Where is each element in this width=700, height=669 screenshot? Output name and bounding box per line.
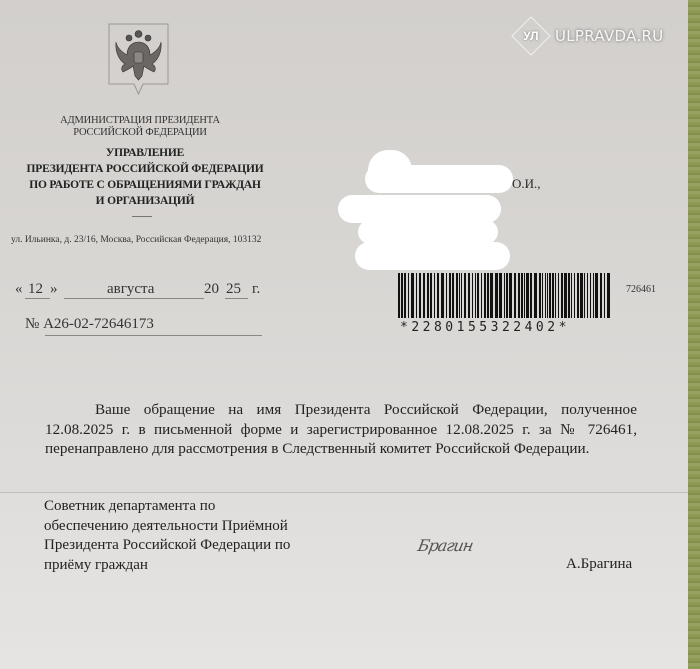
date-month: августа: [107, 281, 154, 298]
body-paragraph: Ваше обращение на имя Президента Российс…: [45, 400, 637, 459]
signer-position: Советник департамента по обеспечению дея…: [44, 497, 344, 575]
admin-title-line2: РОССИЙСКОЙ ФЕДЕРАЦИИ: [40, 127, 240, 138]
date-suffix: г.: [252, 281, 260, 298]
outgoing-number: № А26-02-72646173: [25, 316, 154, 333]
registration-number: 726461: [626, 284, 656, 295]
admin-title-line1: АДМИНИСТРАЦИЯ ПРЕЗИДЕНТА: [40, 115, 240, 126]
dept-title-line2: ПРЕЗИДЕНТА РОССИЙСКОЙ ФЕДЕРАЦИИ: [15, 163, 275, 175]
date-day: 12: [28, 281, 43, 298]
header-divider: [132, 216, 152, 217]
signer-name: А.Брагина: [566, 556, 632, 573]
ulpravda-logo-icon: УЛ: [511, 16, 551, 56]
dept-title-line3: ПО РАБОТЕ С ОБРАЩЕНИЯМИ ГРАЖДАН: [15, 179, 275, 191]
outgoing-number-value: А26-02-72646173: [43, 316, 154, 332]
number-sign: №: [25, 316, 39, 332]
barcode: [398, 273, 613, 318]
recipient-initials: О.И.,: [512, 176, 541, 192]
dept-title-line1: УПРАВЛЕНИЕ: [15, 147, 275, 159]
date-close-quote: »: [50, 281, 58, 298]
date-century: 20: [204, 281, 219, 298]
sender-address: ул. Ильинка, д. 23/16, Москва, Российска…: [11, 235, 261, 245]
month-underline: [64, 298, 204, 299]
year-underline: [225, 298, 248, 299]
barcode-number: *2280155322402*: [400, 320, 570, 335]
watermark: УЛ ULPRAVDA.RU: [517, 22, 664, 50]
date-year: 25: [226, 281, 241, 298]
dept-title-line4: И ОРГАНИЗАЦИЙ: [15, 195, 275, 207]
day-underline: [25, 298, 50, 299]
date-open-quote: «: [15, 281, 23, 298]
watermark-site: ULPRAVDA.RU: [555, 27, 664, 45]
table-surface: [688, 0, 700, 669]
handwritten-signature: Брагин: [416, 536, 474, 555]
number-underline: [45, 335, 262, 336]
letter-body: Ваше обращение на имя Президента Российс…: [45, 400, 637, 459]
russian-coat-of-arms-icon: [107, 22, 170, 96]
